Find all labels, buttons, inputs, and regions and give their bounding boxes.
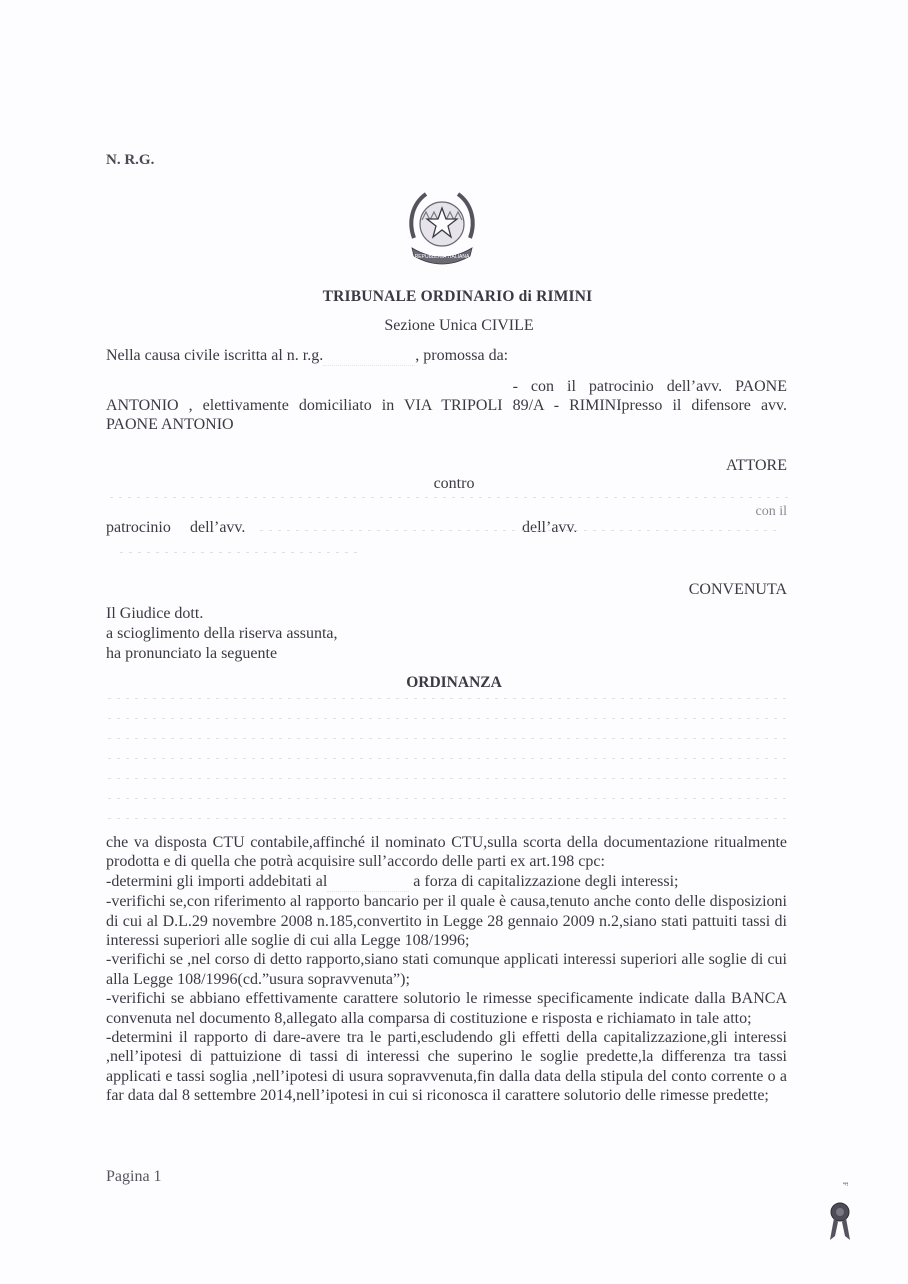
defendant-role: CONVENUTA xyxy=(689,580,787,599)
judge-line-3: ha pronunciato la seguente xyxy=(106,644,277,663)
order-paragraph: -determini gli importi addebitati alx a … xyxy=(106,872,787,892)
plaintiff-counsel-name: PAONE ANTONIO xyxy=(106,415,234,434)
redaction-residue xyxy=(260,530,780,531)
redacted-party-name: x xyxy=(327,872,409,892)
plaintiff-counsel-line: - con il patrocinio dell’avv. PAONE xyxy=(512,377,787,396)
order-paragraph: -verifichi se,con riferimento al rapport… xyxy=(106,892,787,950)
redaction-residue xyxy=(108,818,788,819)
redaction-residue xyxy=(108,738,788,739)
document-page: N. R.G. REPUBBLICA ITALIANA TRIBUNALE OR… xyxy=(0,0,908,1284)
case-number-label: N. R.G. xyxy=(106,152,154,169)
case-intro: Nella causa civile iscritta al n. r.g.x,… xyxy=(106,346,508,366)
order-title: ORDINANZA xyxy=(0,673,908,692)
redaction-residue xyxy=(110,497,790,498)
judge-line-1: Il Giudice dott. xyxy=(106,604,203,623)
versus-label: contro xyxy=(0,474,908,493)
plaintiff-role: ATTORE xyxy=(726,456,787,475)
redaction-residue xyxy=(108,758,788,759)
order-paragraph: che va disposta CTU contabile,affinché i… xyxy=(106,833,787,872)
redaction-residue xyxy=(108,718,788,719)
defendant-avv-1: dell’avv. xyxy=(190,518,245,537)
order-body: che va disposta CTU contabile,affinché i… xyxy=(106,833,787,1106)
redacted-rg-number: x xyxy=(323,346,415,366)
order-paragraph: -determini il rapporto di dare-avere tra… xyxy=(106,1028,787,1106)
court-name: TRIBUNALE ORDINARIO di RIMINI xyxy=(0,288,908,306)
redaction-residue xyxy=(108,798,788,799)
redaction-residue xyxy=(120,552,360,553)
italian-republic-emblem-icon: REPUBBLICA ITALIANA xyxy=(404,186,480,266)
defendant-avv-2: dell’avv. xyxy=(522,518,577,537)
defendant-con-il: con il xyxy=(756,502,788,521)
judge-line-2: a scioglimento della riserva assunta, xyxy=(106,624,337,643)
order-paragraph: -verifichi se ,nel corso di detto rappor… xyxy=(106,950,787,989)
defendant-patrocinio: patrocinio xyxy=(106,518,171,537)
plaintiff-domicile-line: ANTONIO , elettivamente domiciliato in V… xyxy=(106,396,787,415)
redaction-residue xyxy=(108,698,788,699)
rosette-seal-icon xyxy=(826,1200,854,1244)
margin-mark: F xyxy=(841,1182,849,1186)
case-intro-prefix: Nella causa civile iscritta al n. r.g. xyxy=(106,347,323,364)
redaction-residue xyxy=(108,778,788,779)
case-intro-suffix: , promossa da: xyxy=(415,347,508,364)
page-number: Pagina 1 xyxy=(106,1168,162,1186)
order-paragraph: -verifichi se abbiano effettivamente car… xyxy=(106,989,787,1028)
court-section: Sezione Unica CIVILE xyxy=(0,317,908,335)
svg-text:REPUBBLICA ITALIANA: REPUBBLICA ITALIANA xyxy=(415,254,470,260)
